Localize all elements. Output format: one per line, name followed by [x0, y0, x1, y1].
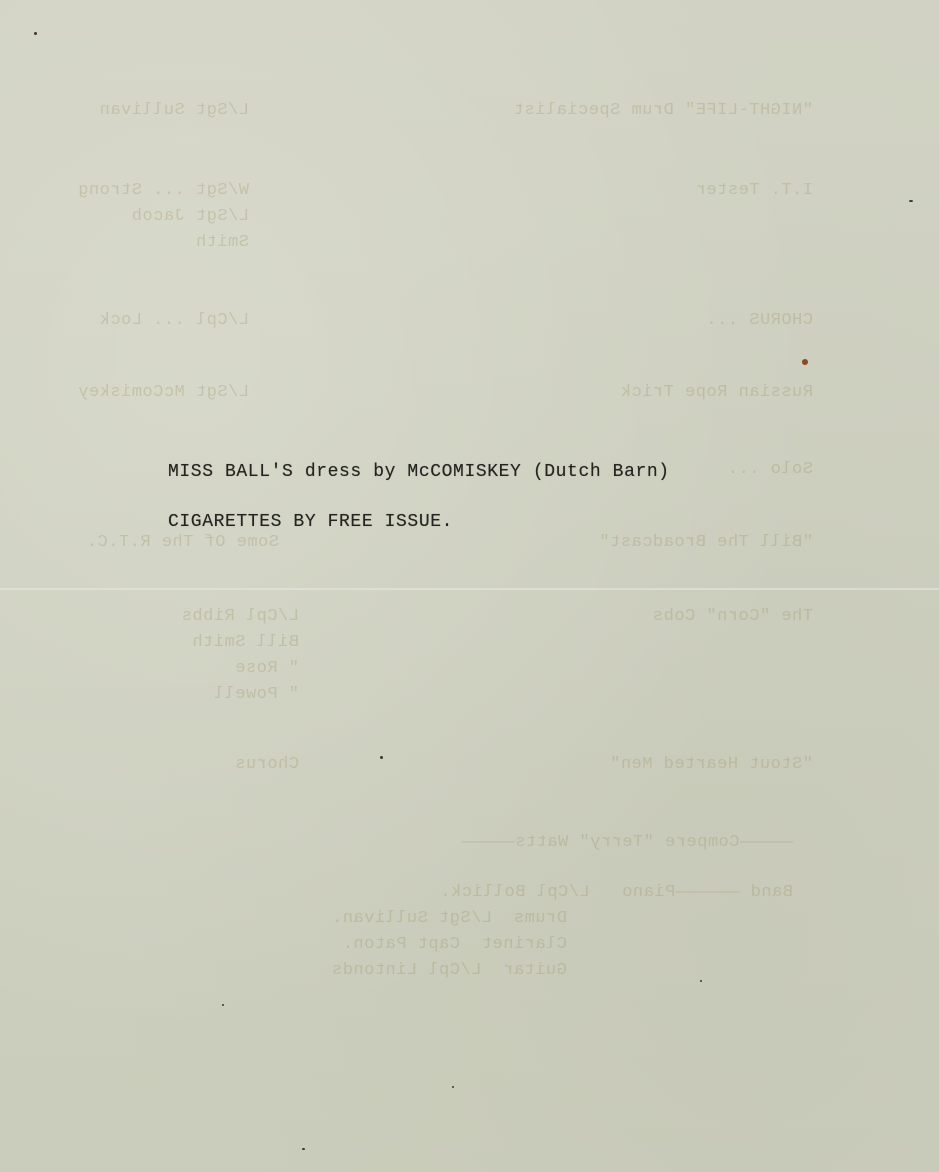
bleed-through-text: "NIGHT-LIFE" Drum Specialist L/Sgt Sulli…: [0, 0, 939, 1172]
speck: [302, 1148, 305, 1150]
ghost-line-8-performer: Chorus: [235, 752, 299, 778]
ghost-line-6-performer: Some Of The R.T.C.: [86, 530, 279, 556]
ghost-line-6: "Bill The Broadcast": [599, 530, 813, 556]
ghost-line-8: "Stout Hearted Men": [610, 752, 813, 778]
ghost-line-3-performer: L/Cpl ... Lock: [99, 308, 249, 334]
ghost-line-band-members: Drums L/Sgt Sullivan. Clarinet Capt Pato…: [332, 906, 567, 984]
ghost-line-7-performer: L/Cpl Ribbs Bill Smith " Rose " Powell: [181, 604, 299, 708]
speck: [34, 32, 37, 35]
ghost-line-7: The "Corn" Cobs: [652, 604, 813, 630]
rust-spot: [802, 359, 808, 365]
typed-line-dress-credit: MISS BALL'S dress by McCOMISKEY (Dutch B…: [168, 462, 670, 482]
ghost-line-1: "NIGHT-LIFE" Drum Specialist: [513, 98, 813, 124]
ghost-line-4: Russian Rope Trick: [620, 380, 813, 406]
speck: [452, 1086, 454, 1088]
ghost-line-compere: —————Compere "Terry" Watts—————: [461, 830, 793, 856]
ghost-line-3: CHORUS ...: [706, 308, 813, 334]
speck: [380, 756, 383, 759]
typed-line-cigarettes: CIGARETTES BY FREE ISSUE.: [168, 512, 453, 532]
ghost-line-2-performer: W/Sgt ... Strong L/Sgt Jacob Smith: [78, 178, 249, 256]
ghost-line-4-performer: L/Sgt McComiskey: [78, 380, 249, 406]
speck: [222, 1004, 224, 1006]
ghost-line-2: I.T. Tester: [695, 178, 813, 204]
ghost-line-band: Band ——————Piano L/Cpl Bollick.: [440, 880, 793, 906]
ghost-line-1-performer: L/Sgt Sullivan: [99, 98, 249, 124]
speck: [909, 200, 913, 202]
speck: [700, 980, 702, 982]
ghost-line-5: Solo ...: [727, 457, 813, 483]
